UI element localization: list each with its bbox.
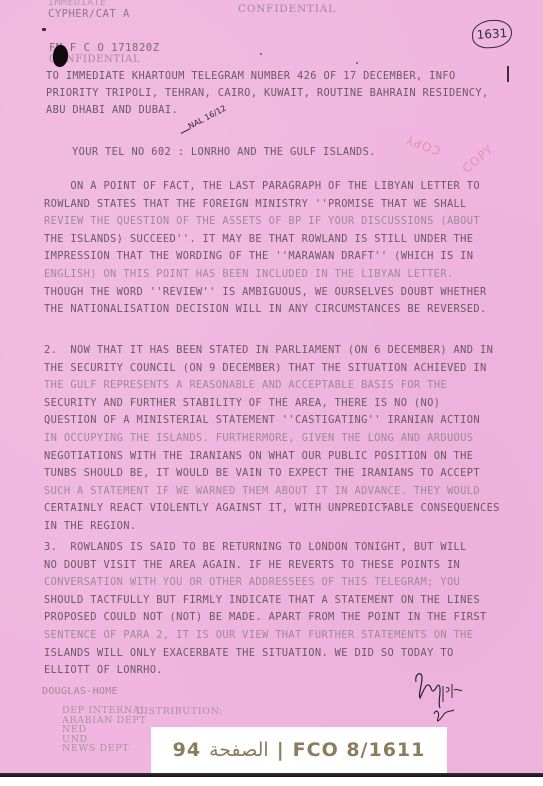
copy-stamp-secondary: COPY xyxy=(460,142,497,176)
paragraph-1-line: IMPRESSION THAT THE WORDING OF THE ''MAR… xyxy=(44,250,473,262)
handwritten-initials-icon xyxy=(410,668,480,728)
paragraph-2-line: CERTAINLY REACT VIOLENTLY AGAINST IT, WI… xyxy=(44,502,500,514)
paragraph-1-line: ENGLISH) ON THIS POINT HAS BEEN INCLUDED… xyxy=(44,268,454,280)
paragraph-3-line: 3. ROWLANDS IS SAID TO BE RETURNING TO L… xyxy=(44,541,467,553)
address-line: TO IMMEDIATE KHARTOUM TELEGRAM NUMBER 42… xyxy=(46,70,456,82)
handwritten-annotation: NAL 16/12 xyxy=(187,104,228,131)
banner-separator: | xyxy=(277,739,285,761)
paragraph-2-line: QUESTION OF A MINISTERIAL STATEMENT ''CA… xyxy=(44,414,480,426)
address-line: PRIORITY TRIPOLI, TEHRAN, CAIRO, KUWAIT,… xyxy=(46,87,489,99)
file-reference: FCO 8/1611 xyxy=(293,739,426,761)
distribution-label: DISTRIBUTION: xyxy=(136,706,223,717)
paragraph-2-line: NEGOTIATIONS WITH THE IRANIANS ON WHAT O… xyxy=(44,450,473,462)
page-word-arabic: الصفحة xyxy=(209,739,269,761)
paragraph-2-line: TUNBS SHOULD BE, IT WOULD BE VAIN TO EXP… xyxy=(44,467,480,479)
paragraph-3-line: ISLANDS WILL ONLY EXACERBATE THE SITUATI… xyxy=(44,647,454,659)
paragraph-2-line: IN OCCUPYING THE ISLANDS. FURTHERMORE, G… xyxy=(44,432,473,444)
distribution-entry: NEWS DEPT xyxy=(62,744,147,754)
address-line: ABU DHABI AND DUBAI. xyxy=(46,104,178,116)
paper-speck xyxy=(260,53,262,55)
paragraph-3-line: CONVERSATION WITH YOU OR OTHER ADDRESSEE… xyxy=(44,576,460,588)
paper-speck xyxy=(385,506,387,508)
distribution-list: DEP INTERNALARABIAN DEPTNEDUNDNEWS DEPT xyxy=(62,706,147,754)
paper-speck xyxy=(356,62,358,64)
subject-line: YOUR TEL NO 602 : LONRHO AND THE GULF IS… xyxy=(72,146,376,158)
paragraph-2-line: 2. NOW THAT IT HAS BEEN STATED IN PARLIA… xyxy=(44,344,493,356)
paragraph-2-line: IN THE REGION. xyxy=(44,520,136,532)
precedence-faint: IMMEDIATE xyxy=(48,0,107,8)
paragraph-2-line: SECURITY AND FURTHER STABILITY OF THE AR… xyxy=(44,397,440,409)
paragraph-2-line: THE SECURITY COUNCIL (ON 9 DECEMBER) THA… xyxy=(44,362,487,374)
telegram-page: IMMEDIATE CYPHER/CAT A CONFIDENTIAL FM F… xyxy=(0,0,543,776)
paragraph-1-line: ON A POINT OF FACT, THE LAST PARAGRAPH O… xyxy=(44,180,480,192)
paragraph-2-line: THE GULF REPRESENTS A REASONABLE AND ACC… xyxy=(44,379,447,391)
paragraph-1-line: THE ISLANDS) SUCCEED''. IT MAY BE THAT R… xyxy=(44,233,473,245)
paragraph-3-line: ELLIOTT OF LONRHO. xyxy=(44,664,163,676)
paragraph-1-line: ROWLAND STATES THAT THE FOREIGN MINISTRY… xyxy=(44,198,467,210)
reference-banner: 94 الصفحة | FCO 8/1611 xyxy=(151,727,447,773)
paragraph-3-line: PROPOSED COULD NOT (NOT) BE MADE. APART … xyxy=(44,611,487,623)
viewer-background xyxy=(0,777,543,786)
folio-number-circled: 1631 xyxy=(471,19,513,50)
paragraph-3-line: NO DOUBT VISIT THE AREA AGAIN. IF HE REV… xyxy=(44,559,460,571)
signoff: DOUGLAS-HOME xyxy=(42,686,118,697)
paragraph-3-line: SENTENCE OF PARA 2, IT IS OUR VIEW THAT … xyxy=(44,629,473,641)
copy-stamp: COPY xyxy=(404,132,443,158)
ink-mark xyxy=(42,28,46,31)
paragraph-3-line: SHOULD TACTFULLY BUT FIRMLY INDICATE THA… xyxy=(44,594,480,606)
paragraph-1-line: THE NATIONALISATION DECISION WILL IN ANY… xyxy=(44,303,487,315)
cypher-category: CYPHER/CAT A xyxy=(48,8,130,20)
paragraph-1-line: REVIEW THE QUESTION OF THE ASSETS OF BP … xyxy=(44,215,480,227)
margin-mark xyxy=(507,66,509,82)
page-number: 94 xyxy=(173,739,201,761)
paragraph-1-line: THOUGH THE WORD ''REVIEW'' IS AMBIGUOUS,… xyxy=(44,286,487,298)
paragraph-2-line: SUCH A STATEMENT IF WE WARNED THEM ABOUT… xyxy=(44,485,480,497)
classification-top: CONFIDENTIAL xyxy=(238,3,336,15)
